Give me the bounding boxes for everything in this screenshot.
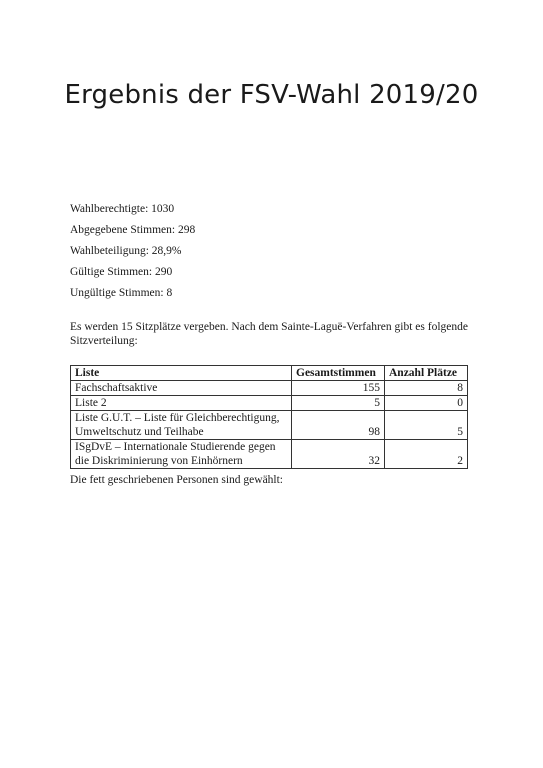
header-seats: Anzahl Plätze: [385, 366, 468, 381]
stat-eligible-voters: Wahlberechtigte: 1030: [70, 202, 195, 223]
cell-seats: 2: [385, 440, 468, 469]
cell-votes: 32: [292, 440, 385, 469]
elected-persons-note: Die fett geschriebenen Personen sind gew…: [70, 474, 283, 486]
election-stats: Wahlberechtigte: 1030 Abgegebene Stimmen…: [70, 202, 195, 307]
cell-votes: 5: [292, 396, 385, 411]
header-total-votes: Gesamtstimmen: [292, 366, 385, 381]
cell-list: Liste G.U.T. – Liste für Gleichberechtig…: [71, 411, 292, 440]
stat-invalid-votes: Ungültige Stimmen: 8: [70, 286, 195, 307]
table-row: Liste 2 5 0: [71, 396, 468, 411]
results-table: Liste Gesamtstimmen Anzahl Plätze Fachsc…: [70, 365, 468, 469]
cell-seats: 0: [385, 396, 468, 411]
cell-list: Fachschaftsaktive: [71, 381, 292, 396]
cell-votes: 98: [292, 411, 385, 440]
table-row: ISgDvE – Internationale Studierende gege…: [71, 440, 468, 469]
intro-paragraph: Es werden 15 Sitzplätze vergeben. Nach d…: [70, 320, 480, 348]
stat-valid-votes: Gültige Stimmen: 290: [70, 265, 195, 286]
cell-seats: 5: [385, 411, 468, 440]
cell-list: Liste 2: [71, 396, 292, 411]
page-title: Ergebnis der FSV-Wahl 2019/20: [0, 80, 543, 110]
cell-list: ISgDvE – Internationale Studierende gege…: [71, 440, 292, 469]
cell-votes: 155: [292, 381, 385, 396]
table-row: Fachschaftsaktive 155 8: [71, 381, 468, 396]
header-list: Liste: [71, 366, 292, 381]
cell-seats: 8: [385, 381, 468, 396]
table-header-row: Liste Gesamtstimmen Anzahl Plätze: [71, 366, 468, 381]
table-row: Liste G.U.T. – Liste für Gleichberechtig…: [71, 411, 468, 440]
stat-turnout: Wahlbeteiligung: 28,9%: [70, 244, 195, 265]
stat-votes-cast: Abgegebene Stimmen: 298: [70, 223, 195, 244]
